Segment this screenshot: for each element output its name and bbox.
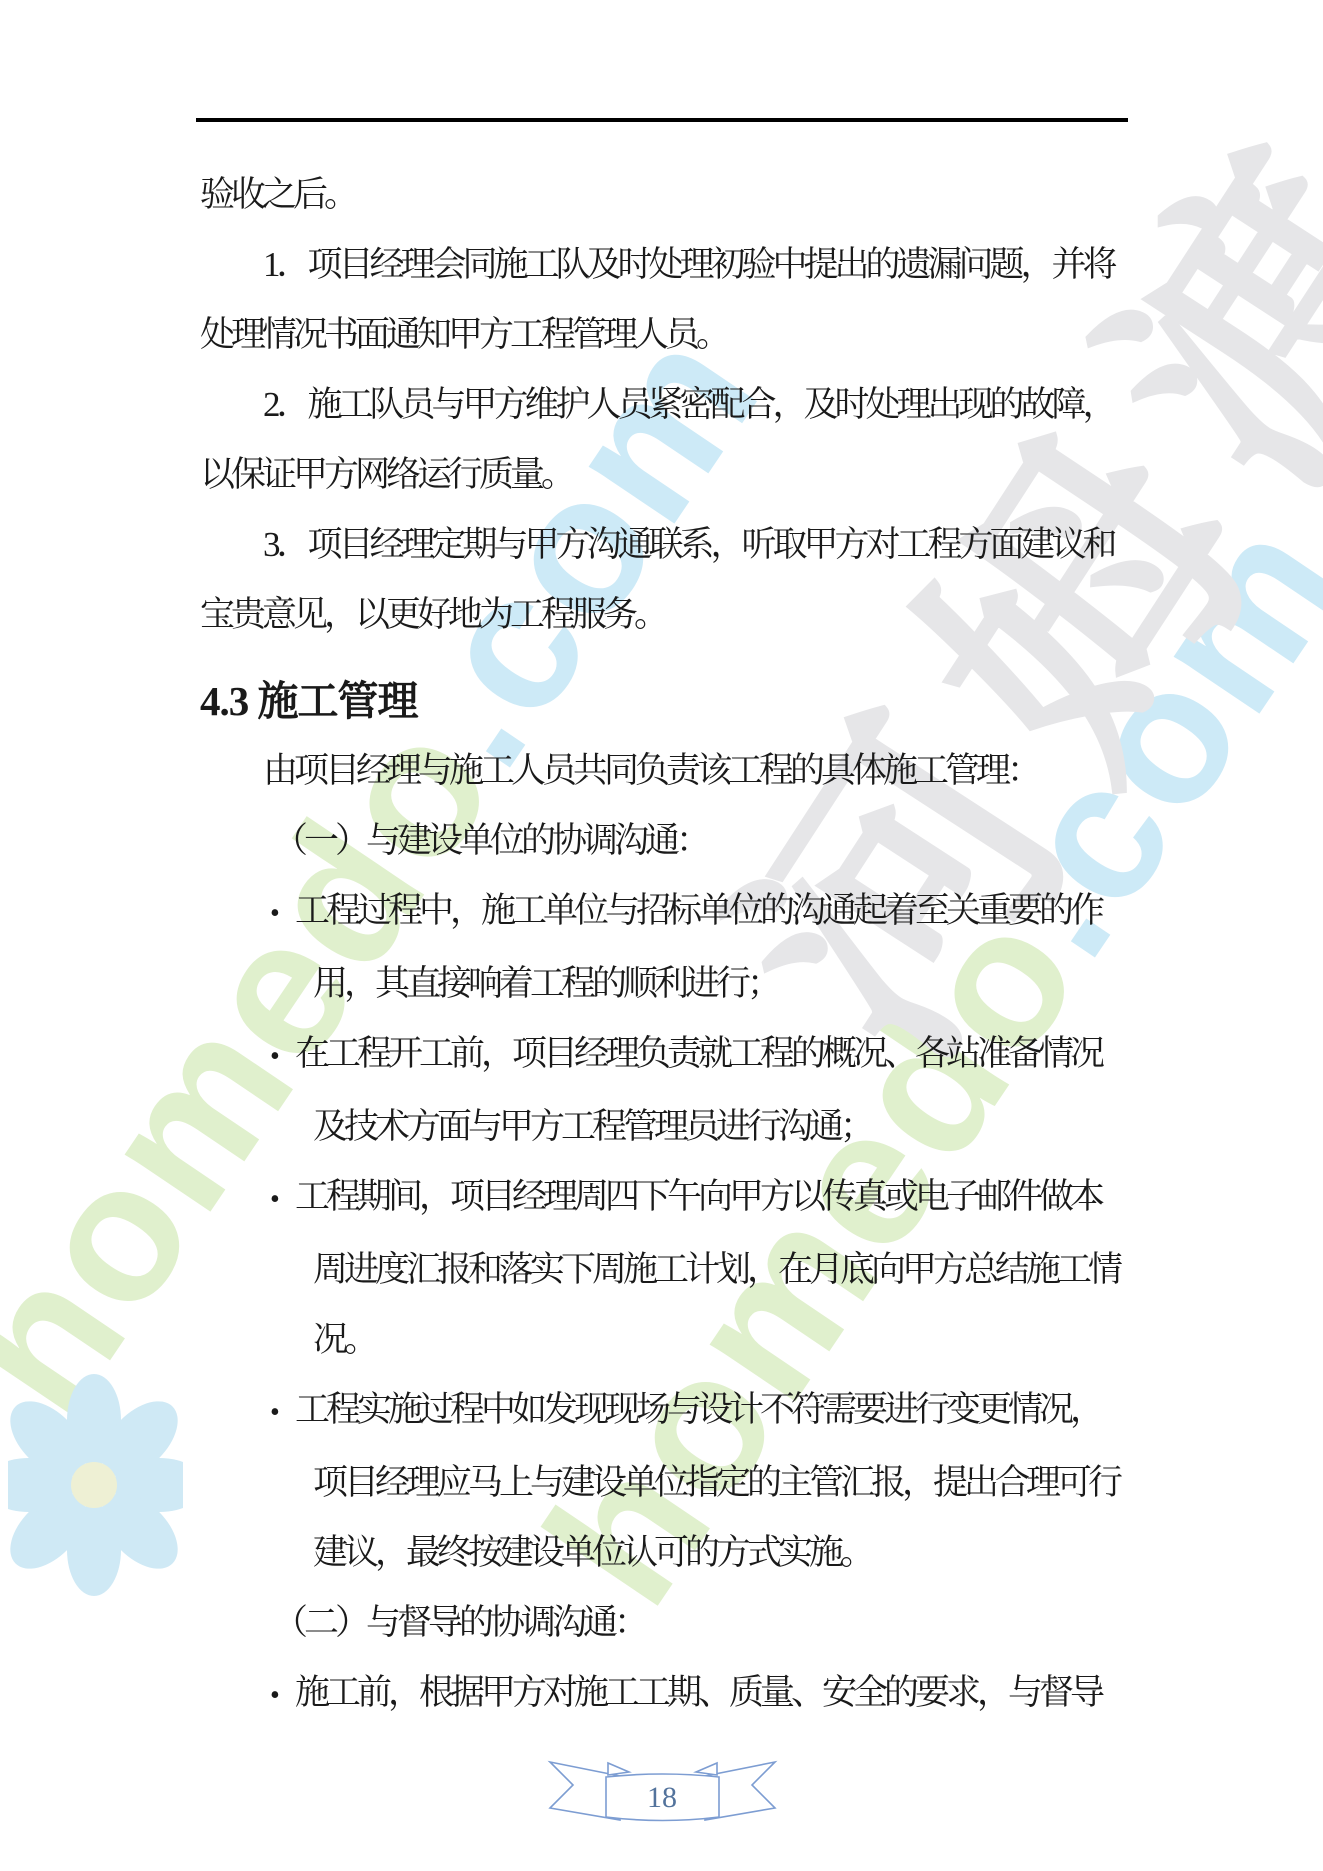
text-line: 处理情况书面通知甲方工程管理人员。 (200, 300, 1140, 370)
text-line: •在工程开工前，项目经理负责就工程的概况、各站准备情况 (270, 1019, 1140, 1092)
line-text: 2．施工队员与甲方维护人员紧密配合，及时处理出现的故障， (263, 385, 1114, 424)
document-page: homedo.com homedo.com 河姆渡 验收之后。1．项目经理会同施… (0, 0, 1323, 1871)
bullet-icon: • (270, 879, 287, 949)
bullet-icon: • (270, 1022, 287, 1092)
line-text: 工程过程中，施工单位与招标单位的沟通起着至关重要的作 (295, 891, 1101, 930)
flower-petal (88, 1387, 183, 1490)
line-text: 及技术方面与甲方工程管理员进行沟通； (313, 1107, 871, 1146)
text-line: 宝贵意见，以更好地为工程服务。 (200, 580, 1140, 650)
flower-petal (8, 1387, 100, 1490)
text-line: （一）与建设单位的协调沟通： (273, 806, 1140, 876)
text-line: •工程期间，项目经理周四下午向甲方以传真或电子邮件做本 (270, 1162, 1140, 1235)
page-number-ribbon: 18 (540, 1750, 785, 1835)
line-text: 建议，最终按建设单位认可的方式实施。 (313, 1533, 871, 1572)
line-text: 验收之后。 (200, 175, 355, 214)
watermark-flower-icon (8, 1368, 183, 1608)
text-line: 及技术方面与甲方工程管理员进行沟通； (313, 1092, 1140, 1162)
flower-petal (8, 1479, 100, 1582)
flower-petal (88, 1479, 183, 1582)
text-line: 用，其直接响着工程的顺利进行； (313, 949, 1140, 1019)
text-line: 由项目经理与施工人员共同负责该工程的具体施工管理： (263, 736, 1140, 806)
line-text: 4.3 施工管理 (200, 678, 418, 724)
line-text: 工程期间，项目经理周四下午向甲方以传真或电子邮件做本 (295, 1177, 1101, 1216)
line-text: 1．项目经理会同施工队及时处理初验中提出的遗漏问题，并将 (263, 245, 1114, 284)
text-line: 验收之后。 (200, 160, 1140, 230)
line-text: 项目经理应马上与建设单位指定的主管汇报，提出合理可行 (313, 1463, 1119, 1502)
flower-petal (8, 1458, 75, 1512)
page-number: 18 (647, 1781, 677, 1814)
text-line: 周进度汇报和落实下周施工计划，在月底向甲方总结施工情 (313, 1235, 1140, 1305)
bullet-icon: • (270, 1165, 287, 1235)
text-line: 以保证甲方网络运行质量。 (200, 440, 1140, 510)
line-text: 宝贵意见，以更好地为工程服务。 (200, 595, 665, 634)
text-line: 1．项目经理会同施工队及时处理初验中提出的遗漏问题，并将 (263, 230, 1140, 300)
bullet-icon: • (270, 1661, 287, 1731)
text-line: 2．施工队员与甲方维护人员紧密配合，及时处理出现的故障， (263, 370, 1140, 440)
text-line: （二）与督导的协调沟通： (273, 1588, 1140, 1658)
bullet-icon: • (270, 1378, 287, 1448)
content: 验收之后。1．项目经理会同施工队及时处理初验中提出的遗漏问题，并将处理情况书面通… (200, 160, 1140, 1731)
line-text: （一）与建设单位的协调沟通： (273, 821, 707, 860)
line-text: 3．项目经理定期与甲方沟通联系，听取甲方对工程方面建议和 (263, 525, 1114, 564)
line-text: 处理情况书面通知甲方工程管理人员。 (200, 315, 727, 354)
line-text: 用，其直接响着工程的顺利进行； (313, 964, 778, 1003)
line-text: （二）与督导的协调沟通： (273, 1603, 645, 1642)
flower-petal (113, 1458, 183, 1512)
text-line: 项目经理应马上与建设单位指定的主管汇报，提出合理可行 (313, 1448, 1140, 1518)
text-line: •施工前，根据甲方对施工工期、质量、安全的要求，与督导 (270, 1658, 1140, 1731)
text-line: •工程过程中，施工单位与招标单位的沟通起着至关重要的作 (270, 876, 1140, 949)
line-text: 由项目经理与施工人员共同负责该工程的具体施工管理： (263, 751, 1038, 790)
ribbon-left-fold (608, 1763, 629, 1775)
line-text: 在工程开工前，项目经理负责就工程的概况、各站准备情况 (295, 1034, 1101, 1073)
text-line: 建议，最终按建设单位认可的方式实施。 (313, 1518, 1140, 1588)
section-heading: 4.3 施工管理 (200, 666, 1140, 736)
line-text: 周进度汇报和落实下周施工计划，在月底向甲方总结施工情 (313, 1250, 1119, 1289)
text-line: 况。 (313, 1305, 1140, 1375)
ribbon-right-fold (696, 1763, 717, 1775)
header-rule (196, 118, 1128, 122)
flower-petal (67, 1504, 121, 1596)
line-text: 况。 (313, 1320, 375, 1359)
text-line: 3．项目经理定期与甲方沟通联系，听取甲方对工程方面建议和 (263, 510, 1140, 580)
flower-petal (67, 1374, 121, 1466)
line-text: 工程实施过程中如发现现场与设计不符需要进行变更情况， (295, 1390, 1101, 1429)
line-text: 施工前，根据甲方对施工工期、质量、安全的要求，与督导 (295, 1673, 1101, 1712)
text-line: •工程实施过程中如发现现场与设计不符需要进行变更情况， (270, 1375, 1140, 1448)
line-text: 以保证甲方网络运行质量。 (200, 455, 572, 494)
